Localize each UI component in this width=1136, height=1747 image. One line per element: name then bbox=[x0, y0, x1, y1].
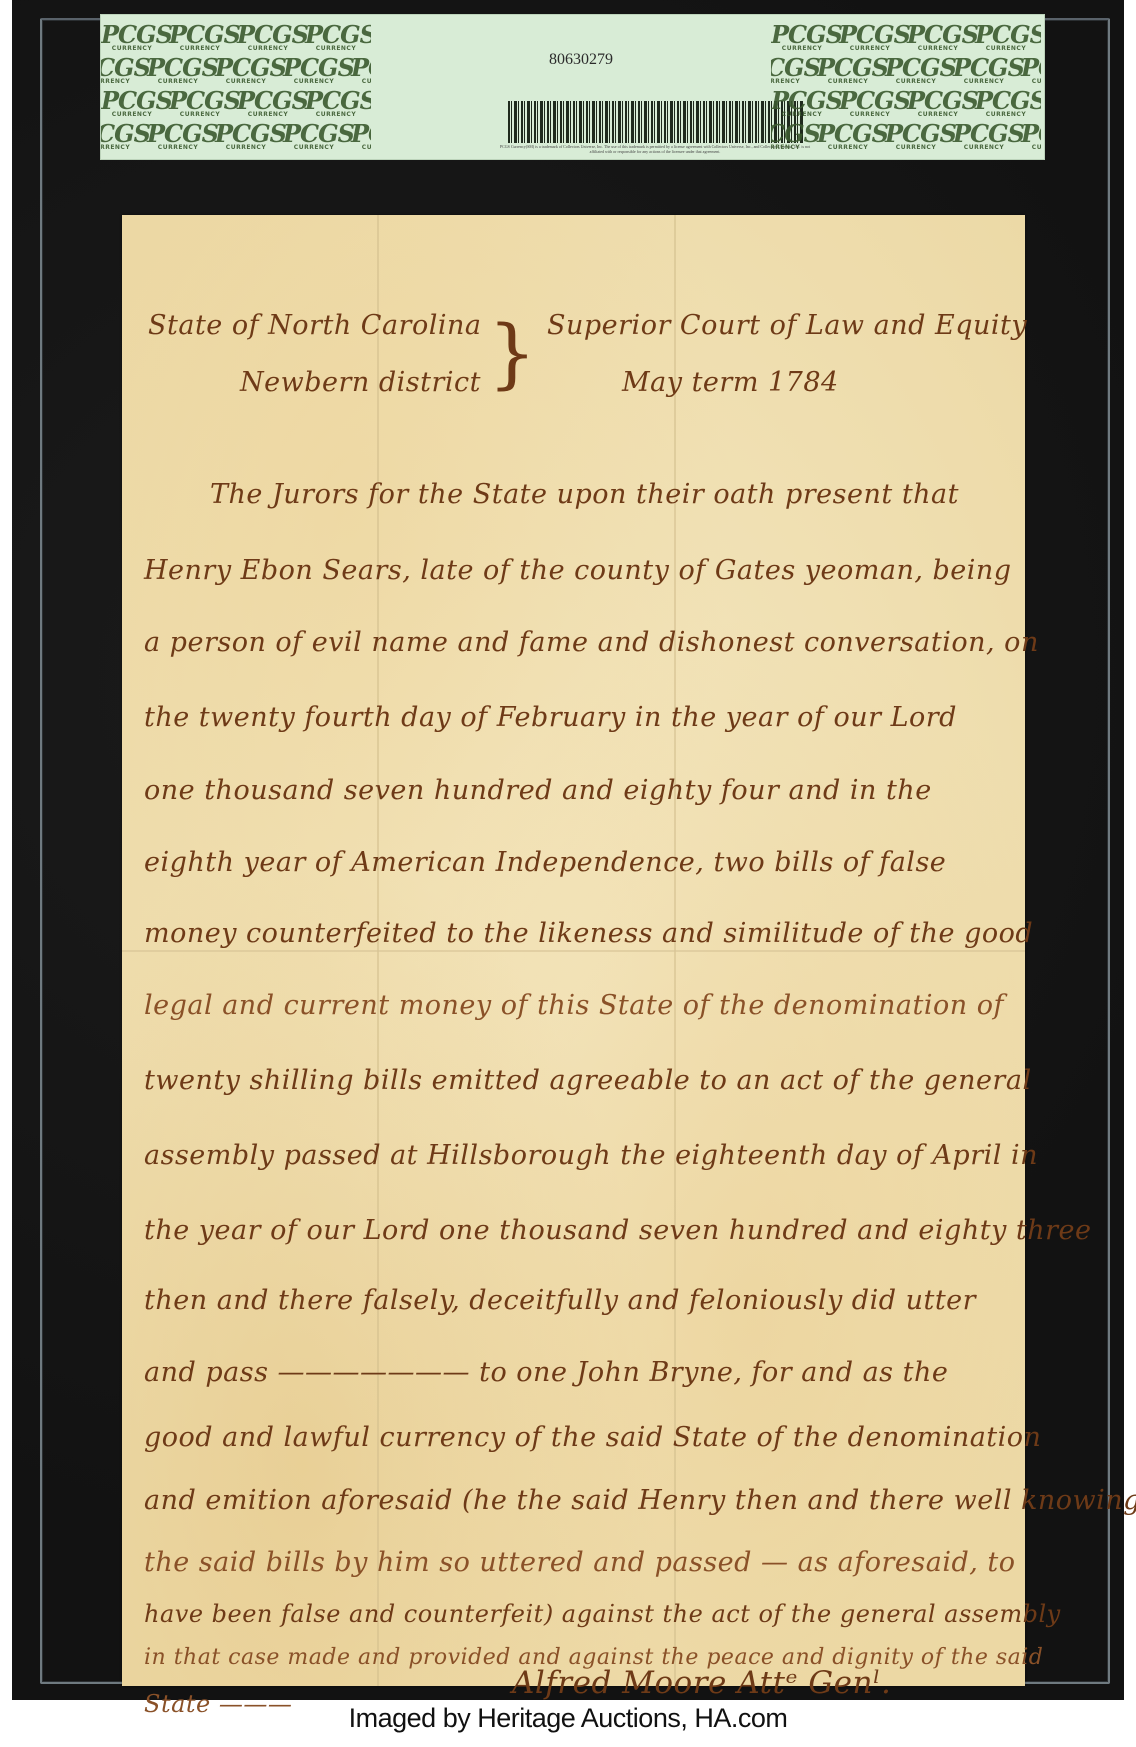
pcgs-logo-icon: PCGSCURRENCY bbox=[975, 90, 1037, 118]
pcgs-logo-icon: PCGSCURRENCY bbox=[351, 123, 371, 151]
fold-line bbox=[122, 950, 1025, 952]
pcgs-logo-icon: PCGSCURRENCY bbox=[817, 57, 879, 85]
body-line: a person of evil name and fame and disho… bbox=[144, 627, 1039, 658]
pcgs-logo-icon: PCGSCURRENCY bbox=[771, 24, 833, 52]
pcgs-logo-icon: PCGSCURRENCY bbox=[885, 123, 947, 151]
body-line: have been false and counterfeit) against… bbox=[144, 1600, 1061, 1628]
pcgs-logo-pattern-right: PCGSCURRENCYPCGSCURRENCYPCGSCURRENCYPCGS… bbox=[771, 21, 1041, 153]
body-line: good and lawful currency of the said Sta… bbox=[144, 1422, 1041, 1453]
manuscript-page: State of North Carolina Newbern district… bbox=[122, 215, 1025, 1686]
header-court: Superior Court of Law and Equity bbox=[547, 310, 1027, 341]
body-line: the year of our Lord one thousand seven … bbox=[144, 1215, 1092, 1246]
holder-photo: PCGSCURRENCYPCGSCURRENCYPCGSCURRENCYPCGS… bbox=[12, 0, 1124, 1700]
body-line: Henry Ebon Sears, late of the county of … bbox=[144, 555, 1012, 586]
pcgs-logo-icon: PCGSCURRENCY bbox=[237, 90, 299, 118]
pcgs-logo-icon: PCGSCURRENCY bbox=[839, 90, 901, 118]
pcgs-logo-icon: PCGSCURRENCY bbox=[147, 123, 209, 151]
pcgs-logo-icon: PCGSCURRENCY bbox=[975, 24, 1037, 52]
pcgs-logo-icon: PCGSCURRENCY bbox=[101, 123, 141, 151]
pcgs-logo-icon: PCGSCURRENCY bbox=[305, 90, 367, 118]
cert-number: 80630279 bbox=[491, 51, 671, 69]
pcgs-logo-icon: PCGSCURRENCY bbox=[953, 123, 1015, 151]
pcgs-logo-icon: PCGSCURRENCY bbox=[215, 57, 277, 85]
brace-icon: } bbox=[488, 315, 536, 391]
image-credit: Imaged by Heritage Auctions, HA.com bbox=[0, 1703, 1136, 1734]
pcgs-logo-icon: PCGSCURRENCY bbox=[169, 24, 231, 52]
header-state: State of North Carolina bbox=[148, 310, 481, 341]
body-line: assembly passed at Hillsborough the eigh… bbox=[144, 1140, 1038, 1171]
signature: Alfred Moore Attᵉ Genˡ. bbox=[512, 1665, 891, 1701]
pcgs-logo-icon: PCGSCURRENCY bbox=[283, 123, 345, 151]
body-line: the twenty fourth day of February in the… bbox=[144, 702, 957, 733]
header-district: Newbern district bbox=[240, 367, 481, 398]
pcgs-logo-icon: PCGSCURRENCY bbox=[351, 57, 371, 85]
trademark-fine-print: PCGS Currency(SM) is a trademark of Coll… bbox=[499, 144, 811, 154]
pcgs-logo-icon: PCGSCURRENCY bbox=[885, 57, 947, 85]
pcgs-logo-icon: PCGSCURRENCY bbox=[771, 57, 811, 85]
body-line: eighth year of American Independence, tw… bbox=[144, 847, 946, 878]
pcgs-logo-icon: PCGSCURRENCY bbox=[101, 24, 163, 52]
header-term: May term 1784 bbox=[622, 367, 839, 398]
body-line: legal and current money of this State of… bbox=[144, 990, 1004, 1021]
body-line: the said bills by him so uttered and pas… bbox=[144, 1547, 1016, 1578]
pcgs-logo-icon: PCGSCURRENCY bbox=[101, 90, 163, 118]
body-line: one thousand seven hundred and eighty fo… bbox=[144, 775, 932, 806]
pcgs-logo-icon: PCGSCURRENCY bbox=[101, 57, 141, 85]
body-line: and emition aforesaid (he the said Henry… bbox=[144, 1485, 1136, 1516]
body-line: The Jurors for the State upon their oath… bbox=[210, 479, 959, 510]
pcgs-logo-icon: PCGSCURRENCY bbox=[169, 90, 231, 118]
pcgs-logo-icon: PCGSCURRENCY bbox=[907, 90, 969, 118]
pcgs-logo-icon: PCGSCURRENCY bbox=[1021, 57, 1041, 85]
pcgs-logo-pattern-left: PCGSCURRENCYPCGSCURRENCYPCGSCURRENCYPCGS… bbox=[101, 21, 371, 153]
pcgs-logo-icon: PCGSCURRENCY bbox=[771, 90, 833, 118]
grading-label: PCGSCURRENCYPCGSCURRENCYPCGSCURRENCYPCGS… bbox=[100, 14, 1045, 160]
pcgs-logo-icon: PCGSCURRENCY bbox=[215, 123, 277, 151]
pcgs-logo-icon: PCGSCURRENCY bbox=[839, 24, 901, 52]
pcgs-logo-icon: PCGSCURRENCY bbox=[817, 123, 879, 151]
pcgs-logo-icon: PCGSCURRENCY bbox=[907, 24, 969, 52]
pcgs-logo-icon: PCGSCURRENCY bbox=[1021, 123, 1041, 151]
pcgs-logo-icon: PCGSCURRENCY bbox=[305, 24, 367, 52]
pcgs-logo-icon: PCGSCURRENCY bbox=[283, 57, 345, 85]
barcode bbox=[508, 101, 804, 143]
body-line: money counterfeited to the likeness and … bbox=[144, 918, 1033, 949]
pcgs-logo-icon: PCGSCURRENCY bbox=[771, 123, 811, 151]
body-line: and pass ——————— to one John Bryne, for … bbox=[144, 1357, 948, 1388]
pcgs-logo-icon: PCGSCURRENCY bbox=[237, 24, 299, 52]
body-line: then and there falsely, deceitfully and … bbox=[144, 1285, 976, 1316]
pcgs-logo-icon: PCGSCURRENCY bbox=[953, 57, 1015, 85]
pcgs-logo-icon: PCGSCURRENCY bbox=[147, 57, 209, 85]
body-line: twenty shilling bills emitted agreeable … bbox=[144, 1065, 1032, 1096]
